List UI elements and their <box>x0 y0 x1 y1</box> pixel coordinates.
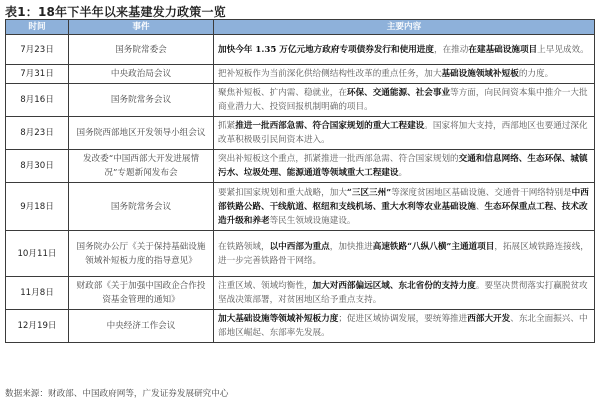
content-emphasis: 高速铁路“八纵八横”主通道项目 <box>373 242 495 252</box>
cell-event: 国务院常委会 <box>69 35 214 65</box>
cell-date: 8月16日 <box>6 84 69 117</box>
cell-content: 抓紧推进一批西部急需、符合国家规划的重大工程建设。国家将加大支持，西部地区也要通… <box>214 117 595 150</box>
column-header-event: 事件 <box>69 20 214 35</box>
cell-content: 突出补短板这个重点，抓紧推进一批西部急需、符合国家规划的交通和信息网络、生态环保… <box>214 150 595 183</box>
cell-content: 把补短板作为当前深化供给侧结构性改革的重点任务，加大基础设施领域补短板的力度。 <box>214 65 595 84</box>
cell-event: 国务院办公厅《关于保持基础设施领域补短板力度的指导意见》 <box>69 231 214 277</box>
table-row: 7月23日国务院常委会加快今年 1.35 万亿元地方政府专项债券发行和使用进度，… <box>6 35 595 65</box>
cell-event: 国务院常务会议 <box>69 183 214 231</box>
column-header-date: 时间 <box>6 20 69 35</box>
cell-content: 加大基础设施等领域补短板力度；促进区域协调发展，要统筹推进西部大开发、东北全面振… <box>214 310 595 343</box>
table-row: 8月30日发改委“中国西部大开发进展情况”专题新闻发布会突出补短板这个重点，抓紧… <box>6 150 595 183</box>
table-row: 7月31日中央政治局会议把补短板作为当前深化供给侧结构性改革的重点任务，加大基础… <box>6 65 595 84</box>
cell-event: 国务院常务会议 <box>69 84 214 117</box>
content-text: 等深度贫困地区基础设施、交通骨干网络特别是 <box>391 188 571 198</box>
data-source-note: 数据来源：财政部、中国政府网等，广发证券发展研究中心 <box>5 387 228 399</box>
cell-date: 11月8日 <box>6 277 69 310</box>
table-title: 表1：18年下半年以来基建发力政策一览 <box>5 3 226 20</box>
cell-date: 7月31日 <box>6 65 69 84</box>
content-text: 上早见成效。 <box>537 45 589 55</box>
cell-date: 8月23日 <box>6 117 69 150</box>
cell-content: 聚焦补短板、扩内需、稳就业，在环保、交通能源、社会事业等方面，向民间资本集中推介… <box>214 84 595 117</box>
table-header-row: 时间 事件 主要内容 <box>6 20 595 35</box>
content-emphasis: 环保、交通能源、社会事业 <box>347 88 450 98</box>
cell-content: 注重区域、领域均衡性，加大对西部偏远区域、东北省份的支持力度。要坚决贯彻落实打赢… <box>214 277 595 310</box>
content-text: 。 <box>398 168 407 178</box>
cell-date: 9月18日 <box>6 183 69 231</box>
cell-content: 要紧扣国家规划和重大战略，加大“三区三州”等深度贫困地区基础设施、交通骨干网络特… <box>214 183 595 231</box>
content-text: 要紧扣国家规划和重大战略，加大 <box>218 188 347 198</box>
table-row: 8月16日国务院常务会议聚焦补短板、扩内需、稳就业，在环保、交通能源、社会事业等… <box>6 84 595 117</box>
content-text: 突出补短板这个重点，抓紧推进一批西部急需、符合国家规划的 <box>218 154 459 164</box>
content-text: 注重区域、领域均衡性， <box>218 281 313 291</box>
content-emphasis: 在建基础设施项目 <box>468 45 537 55</box>
content-emphasis: 基础设施领域补短板 <box>441 69 518 79</box>
table-row: 8月23日国务院西部地区开发领导小组会议抓紧推进一批西部急需、符合国家规划的重大… <box>6 117 595 150</box>
table-row: 12月19日中央经济工作会议加大基础设施等领域补短板力度；促进区域协调发展，要统… <box>6 310 595 343</box>
content-text: 抓紧 <box>218 121 235 131</box>
cell-event: 财政部《关于加强中国政企合作投资基金管理的通知》 <box>69 277 214 310</box>
content-emphasis: “三区三州” <box>347 188 391 198</box>
cell-event: 中央经济工作会议 <box>69 310 214 343</box>
content-text: ，加快推进 <box>330 242 373 252</box>
table-row: 11月8日财政部《关于加强中国政企合作投资基金管理的通知》注重区域、领域均衡性，… <box>6 277 595 310</box>
cell-date: 12月19日 <box>6 310 69 343</box>
column-header-content: 主要内容 <box>214 20 595 35</box>
content-emphasis: 推进一批西部急需、符合国家规划的重大工程建设 <box>235 121 424 131</box>
cell-event: 发改委“中国西部大开发进展情况”专题新闻发布会 <box>69 150 214 183</box>
content-text: 等民生领域设施建设。 <box>270 216 356 226</box>
content-emphasis: 以中西部为重点 <box>270 242 330 252</box>
content-text: ；促进区域协调发展，要统筹推进 <box>338 314 467 324</box>
cell-event: 中央政治局会议 <box>69 65 214 84</box>
content-emphasis: 加大基础设施等领域补短板力度 <box>218 314 338 324</box>
cell-date: 10月11日 <box>6 231 69 277</box>
policy-table: 时间 事件 主要内容 7月23日国务院常委会加快今年 1.35 万亿元地方政府专… <box>5 19 595 343</box>
content-text: ，在推动 <box>434 45 468 55</box>
cell-event: 国务院西部地区开发领导小组会议 <box>69 117 214 150</box>
content-text: 在铁路领域， <box>218 242 270 252</box>
content-text: 的力度。 <box>519 69 553 79</box>
content-text: 把补短板作为当前深化供给侧结构性改革的重点任务，加大 <box>218 69 441 79</box>
table-row: 10月11日国务院办公厅《关于保持基础设施领域补短板力度的指导意见》在铁路领域，… <box>6 231 595 277</box>
content-text: 聚焦补短板、扩内需、稳就业，在 <box>218 88 347 98</box>
cell-date: 7月23日 <box>6 35 69 65</box>
cell-content: 在铁路领域，以中西部为重点，加快推进高速铁路“八纵八横”主通道项目，拓展区域铁路… <box>214 231 595 277</box>
content-emphasis: 加大对西部偏远区域、东北省份的支持力度 <box>313 281 476 291</box>
content-emphasis: 西部大开发 <box>467 314 510 324</box>
content-emphasis: 加快今年 1.35 万亿元地方政府专项债券发行和使用进度 <box>218 45 434 55</box>
table-row: 9月18日国务院常务会议要紧扣国家规划和重大战略，加大“三区三州”等深度贫困地区… <box>6 183 595 231</box>
cell-date: 8月30日 <box>6 150 69 183</box>
cell-content: 加快今年 1.35 万亿元地方政府专项债券发行和使用进度，在推动在建基础设施项目… <box>214 35 595 65</box>
